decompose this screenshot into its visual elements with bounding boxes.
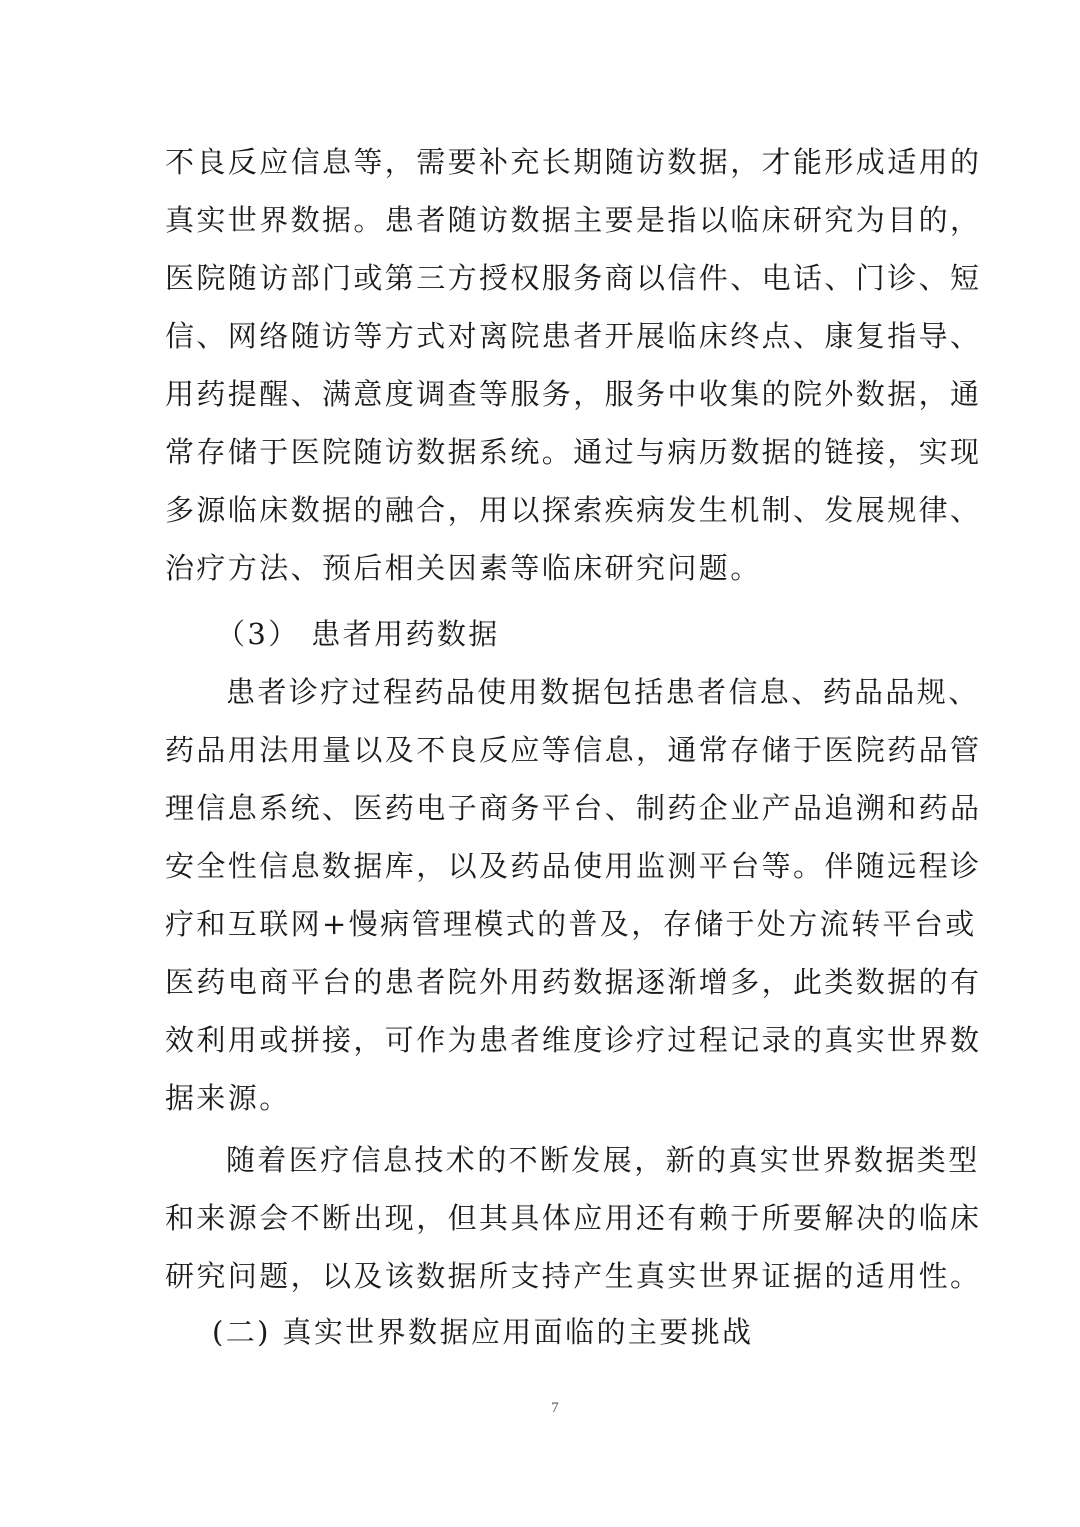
paragraph-line: 药品用法用量以及不良反应等信息，通常存储于医院药品管	[165, 730, 917, 770]
section-subheading: （3） 患者用药数据	[216, 614, 976, 654]
paragraph-line: 和来源会不断出现，但其具体应用还有赖于所要解决的临床	[165, 1198, 917, 1238]
paragraph-line: 安全性信息数据库，以及药品使用监测平台等。伴随远程诊	[165, 846, 917, 886]
paragraph-line: 医药电商平台的患者院外用药数据逐渐增多，此类数据的有	[165, 962, 917, 1002]
paragraph-line: 不良反应信息等，需要补充长期随访数据，才能形成适用的	[165, 142, 917, 182]
paragraph-line: 真实世界数据。患者随访数据主要是指以临床研究为目的，	[165, 200, 917, 240]
paragraph-line: 研究问题，以及该数据所支持产生真实世界证据的适用性。	[165, 1256, 917, 1296]
paragraph-line: 常存储于医院随访数据系统。通过与病历数据的链接，实现	[165, 432, 917, 472]
document-page: 不良反应信息等，需要补充长期随访数据，才能形成适用的 真实世界数据。患者随访数据…	[0, 0, 1080, 1527]
paragraph-line: 治疗方法、预后相关因素等临床研究问题。	[165, 548, 925, 588]
paragraph-line: 用药提醒、满意度调查等服务，服务中收集的院外数据，通	[165, 374, 917, 414]
paragraph-line: 患者诊疗过程药品使用数据包括患者信息、药品品规、	[226, 672, 917, 712]
paragraph-line: 据来源。	[165, 1078, 925, 1118]
paragraph-line: 理信息系统、医药电子商务平台、制药企业产品追溯和药品	[165, 788, 917, 828]
paragraph-line: 效利用或拼接，可作为患者维度诊疗过程记录的真实世界数	[165, 1020, 917, 1060]
paragraph-line: 多源临床数据的融合，用以探索疾病发生机制、发展规律、	[165, 490, 917, 530]
paragraph-line: 信、网络随访等方式对离院患者开展临床终点、康复指导、	[165, 316, 917, 356]
paragraph-line: 疗和互联网+慢病管理模式的普及，存储于处方流转平台或	[165, 904, 917, 944]
paragraph-line: 随着医疗信息技术的不断发展，新的真实世界数据类型	[226, 1140, 917, 1180]
page-number: 7	[0, 1400, 1080, 1417]
section-heading: (二) 真实世界数据应用面临的主要挑战	[212, 1312, 972, 1352]
paragraph-line: 医院随访部门或第三方授权服务商以信件、电话、门诊、短	[165, 258, 917, 298]
